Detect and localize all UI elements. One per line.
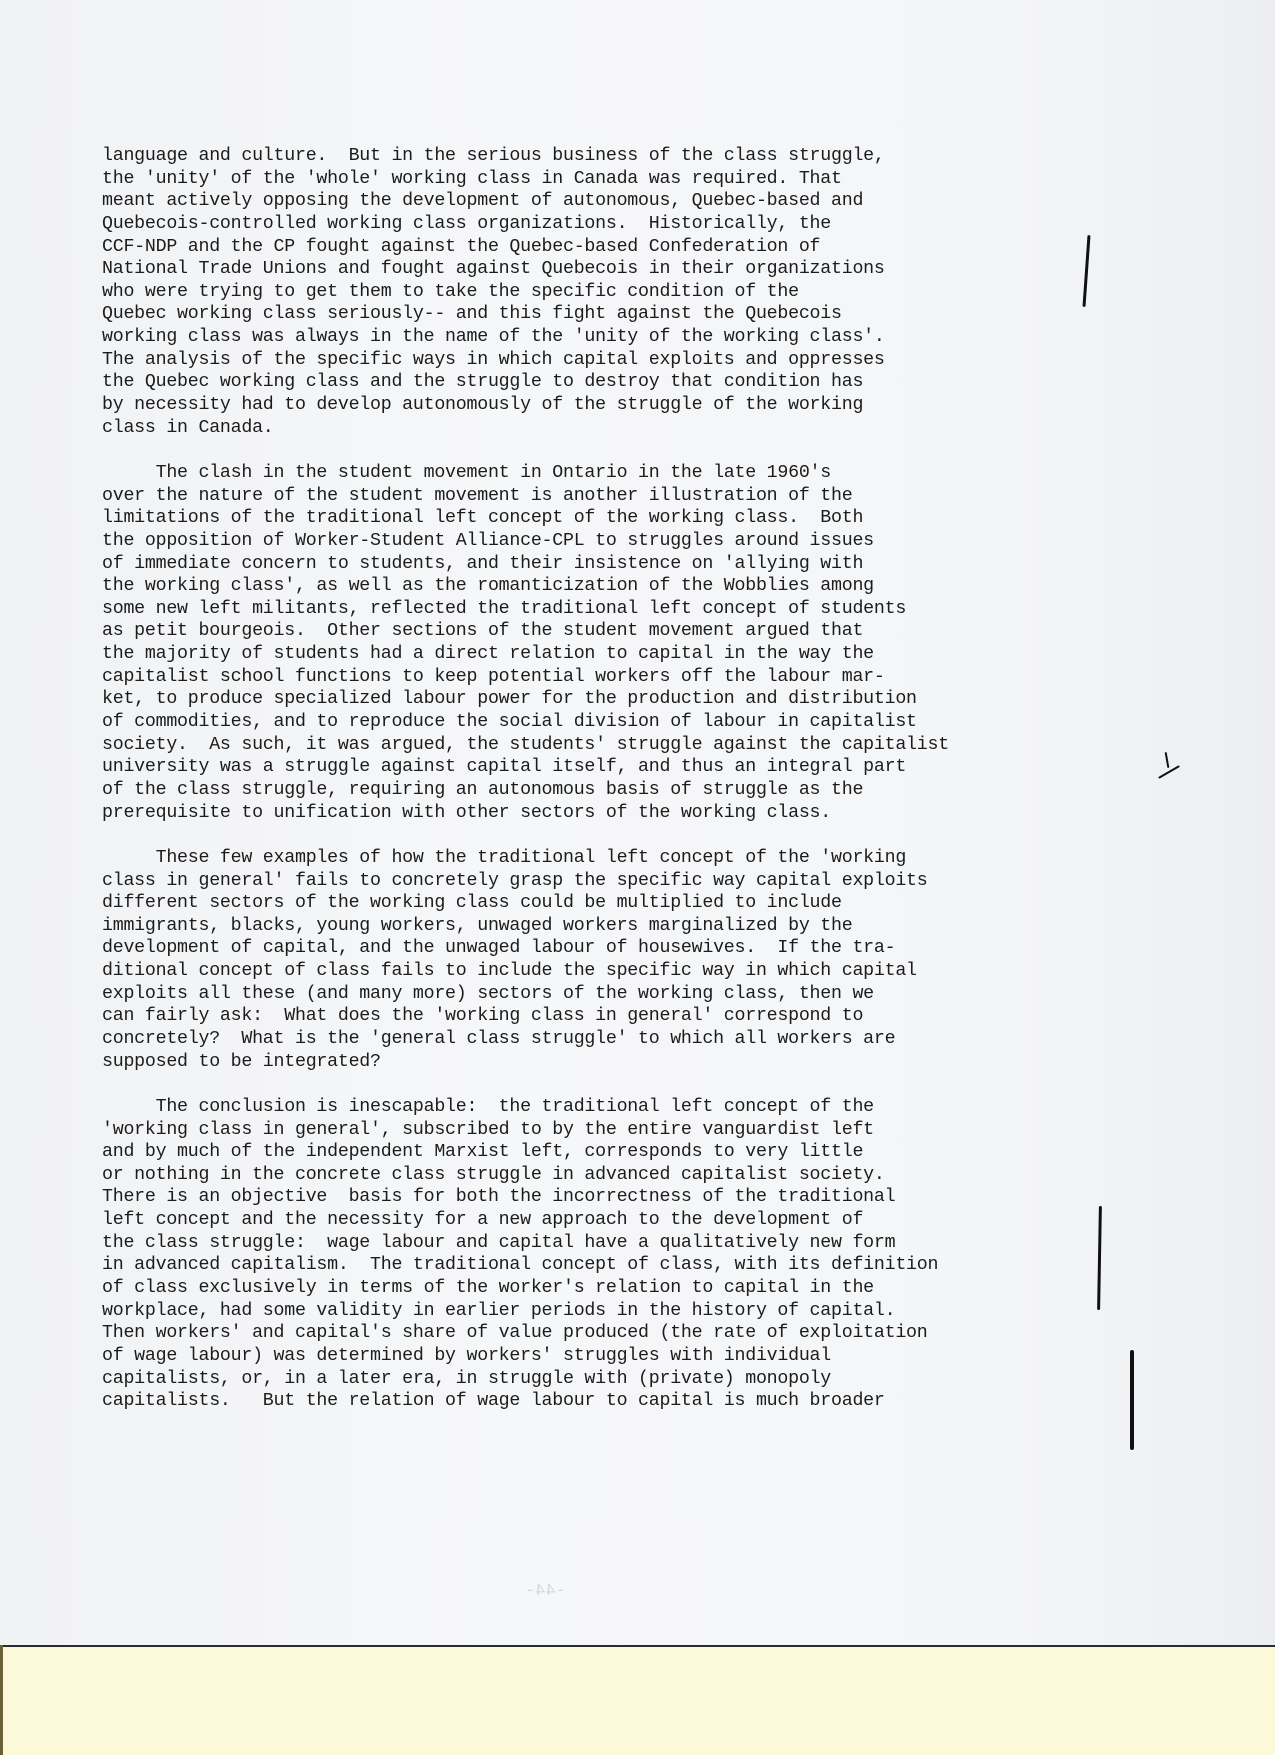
text-line: who were trying to get them to take the … [102,281,1122,304]
text-line: of wage labour) was determined by worker… [102,1345,1122,1368]
page-number-bleed: -44- [525,1582,566,1601]
backing-edge [0,1645,3,1755]
text-line: capitalist school functions to keep pote… [102,666,1122,689]
text-line: meant actively opposing the development … [102,190,1122,213]
text-line: The conclusion is inescapable: the tradi… [102,1096,1122,1119]
text-line: These few examples of how the traditiona… [102,847,1122,870]
text-line: working class was always in the name of … [102,326,1122,349]
text-line: supposed to be integrated? [102,1051,1122,1074]
text-line: over the nature of the student movement … [102,485,1122,508]
text-line: immigrants, blacks, young workers, unwag… [102,915,1122,938]
paragraph-conclusion: The conclusion is inescapable: the tradi… [102,1096,1122,1413]
paragraph-quebec: language and culture. But in the serious… [102,145,1122,439]
text-line: and by much of the independent Marxist l… [102,1141,1122,1164]
text-line: exploits all these (and many more) secto… [102,983,1122,1006]
text-line: the Quebec working class and the struggl… [102,371,1122,394]
text-line: Then workers' and capital's share of val… [102,1322,1122,1345]
text-line: class in general' fails to concretely gr… [102,870,1122,893]
paragraph-examples: These few examples of how the traditiona… [102,847,1122,1073]
text-line: left concept and the necessity for a new… [102,1209,1122,1232]
text-line: CCF-NDP and the CP fought against the Qu… [102,236,1122,259]
text-line: of the class struggle, requiring an auto… [102,779,1122,802]
text-line: workplace, had some validity in earlier … [102,1300,1122,1323]
paragraph-gap [102,439,1122,462]
text-line: in advanced capitalism. The traditional … [102,1254,1122,1277]
text-line: the majority of students had a direct re… [102,643,1122,666]
text-line: the working class', as well as the roman… [102,575,1122,598]
text-line: Quebecois-controlled working class organ… [102,213,1122,236]
text-line: university was a struggle against capita… [102,756,1122,779]
text-line: Quebec working class seriously-- and thi… [102,303,1122,326]
text-line: the class struggle: wage labour and capi… [102,1232,1122,1255]
text-line: some new left militants, reflected the t… [102,598,1122,621]
text-line: There is an objective basis for both the… [102,1186,1122,1209]
backing-sheet [0,1645,1275,1755]
text-line: capitalists. But the relation of wage la… [102,1390,1122,1413]
text-line: the 'unity' of the 'whole' working class… [102,168,1122,191]
text-line: the opposition of Worker-Student Allianc… [102,530,1122,553]
text-line: language and culture. But in the serious… [102,145,1122,168]
text-line: prerequisite to unification with other s… [102,802,1122,825]
paragraph-student-movement: The clash in the student movement in Ont… [102,462,1122,824]
text-line: as petit bourgeois. Other sections of th… [102,620,1122,643]
text-line: capitalists, or, in a later era, in stru… [102,1368,1122,1391]
text-line: development of capital, and the unwaged … [102,937,1122,960]
text-line: ditional concept of class fails to inclu… [102,960,1122,983]
text-line: ket, to produce specialized labour power… [102,688,1122,711]
text-line: The analysis of the specific ways in whi… [102,349,1122,372]
text-line: by necessity had to develop autonomously… [102,394,1122,417]
margin-pen-mark-3 [1130,1350,1134,1450]
text-line: of class exclusively in terms of the wor… [102,1277,1122,1300]
text-line: class in Canada. [102,417,1122,440]
text-line: limitations of the traditional left conc… [102,507,1122,530]
text-line: National Trade Unions and fought against… [102,258,1122,281]
text-line: can fairly ask: What does the 'working c… [102,1005,1122,1028]
paragraph-gap [102,824,1122,847]
text-line: of immediate concern to students, and th… [102,553,1122,576]
body-text: language and culture. But in the serious… [102,145,1122,1413]
text-line: The clash in the student movement in Ont… [102,462,1122,485]
text-line: concretely? What is the 'general class s… [102,1028,1122,1051]
text-line: or nothing in the concrete class struggl… [102,1164,1122,1187]
text-line: of commodities, and to reproduce the soc… [102,711,1122,734]
paragraph-gap [102,1073,1122,1096]
text-line: 'working class in general', subscribed t… [102,1119,1122,1142]
text-line: different sectors of the working class c… [102,892,1122,915]
text-line: society. As such, it was argued, the stu… [102,734,1122,757]
